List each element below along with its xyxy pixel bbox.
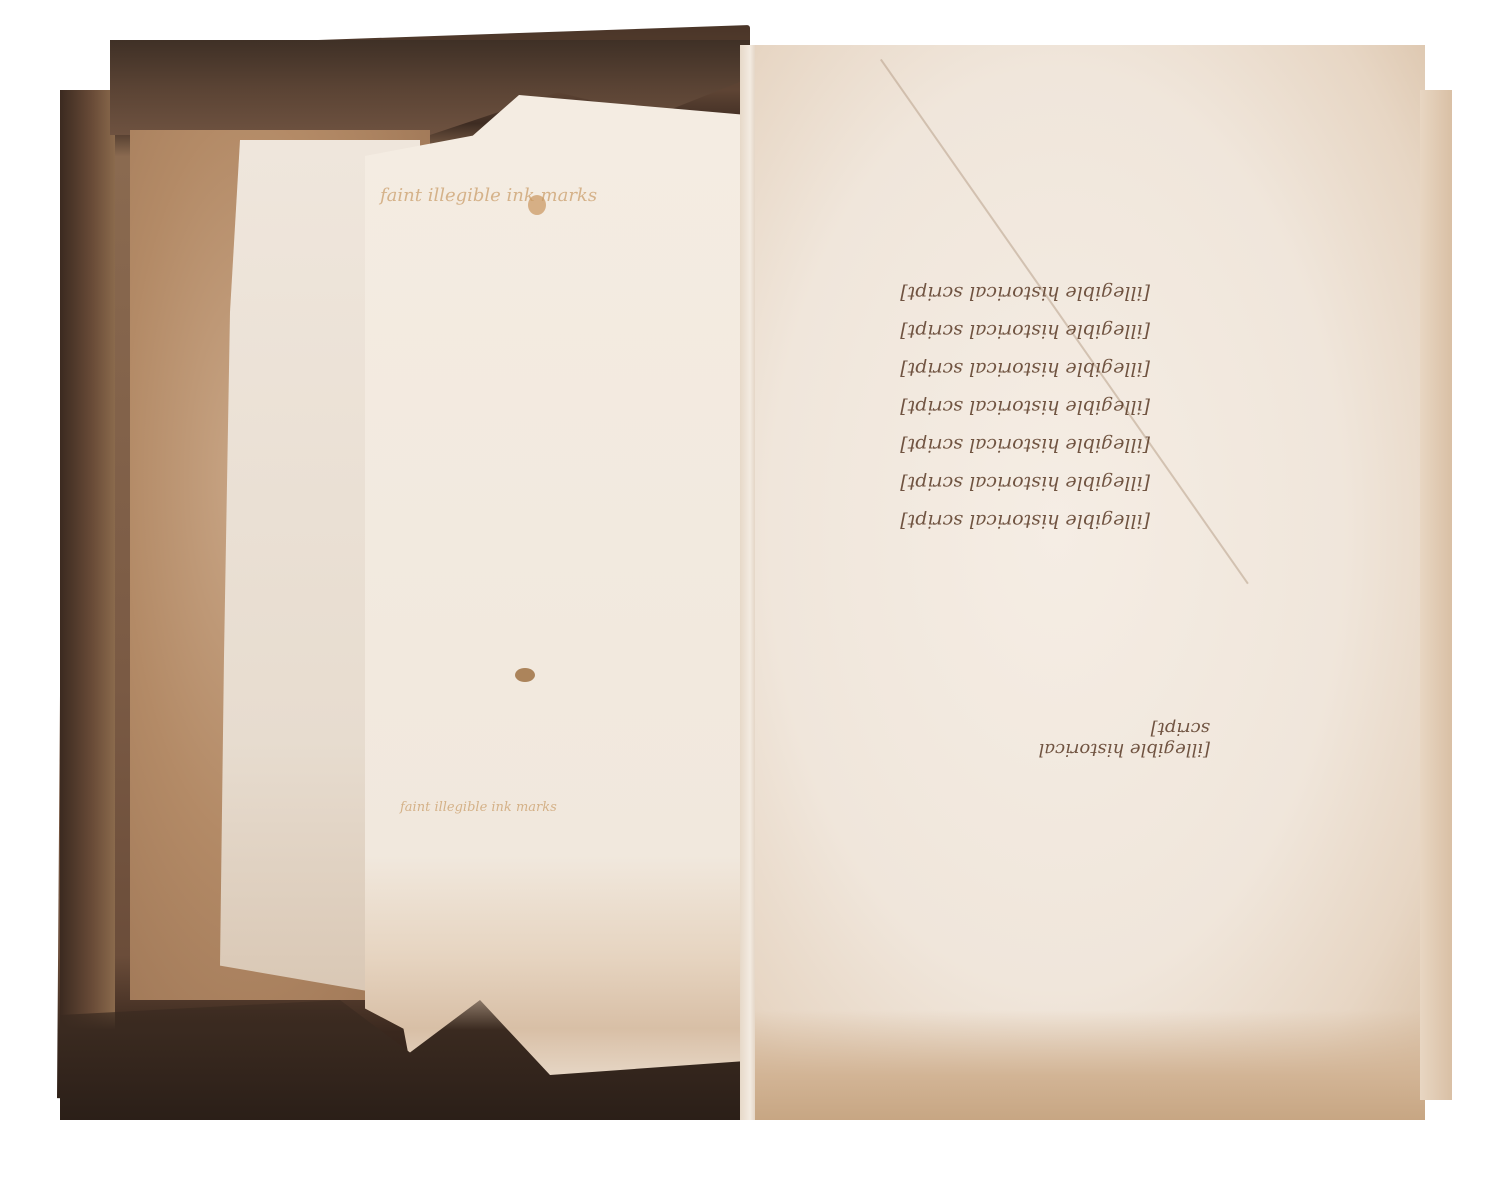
inscription-line: [illegible historical script] (850, 350, 1150, 388)
faint-marks-top: faint illegible ink marks (380, 185, 597, 206)
right-page (755, 45, 1425, 1120)
stain (515, 668, 535, 682)
inscription-line: [illegible historical script] (850, 426, 1150, 464)
inscription-line: [illegible historical script] (850, 464, 1150, 502)
inscription-line: [illegible historical script] (850, 502, 1150, 540)
inscription-line: [illegible historical script] (850, 312, 1150, 350)
water-stain (755, 1010, 1425, 1120)
page-edges (1420, 90, 1452, 1100)
handwritten-signature: [illegible historical script] (1010, 700, 1210, 760)
cover-edge (60, 90, 115, 1100)
inscription-line: [illegible historical script] (850, 388, 1150, 426)
flyleaf (365, 95, 750, 1110)
inscription-line: [illegible historical script] (850, 274, 1150, 312)
faint-marks-mid: faint illegible ink marks (400, 800, 557, 815)
handwritten-inscription: [illegible historical script] [illegible… (850, 260, 1150, 540)
